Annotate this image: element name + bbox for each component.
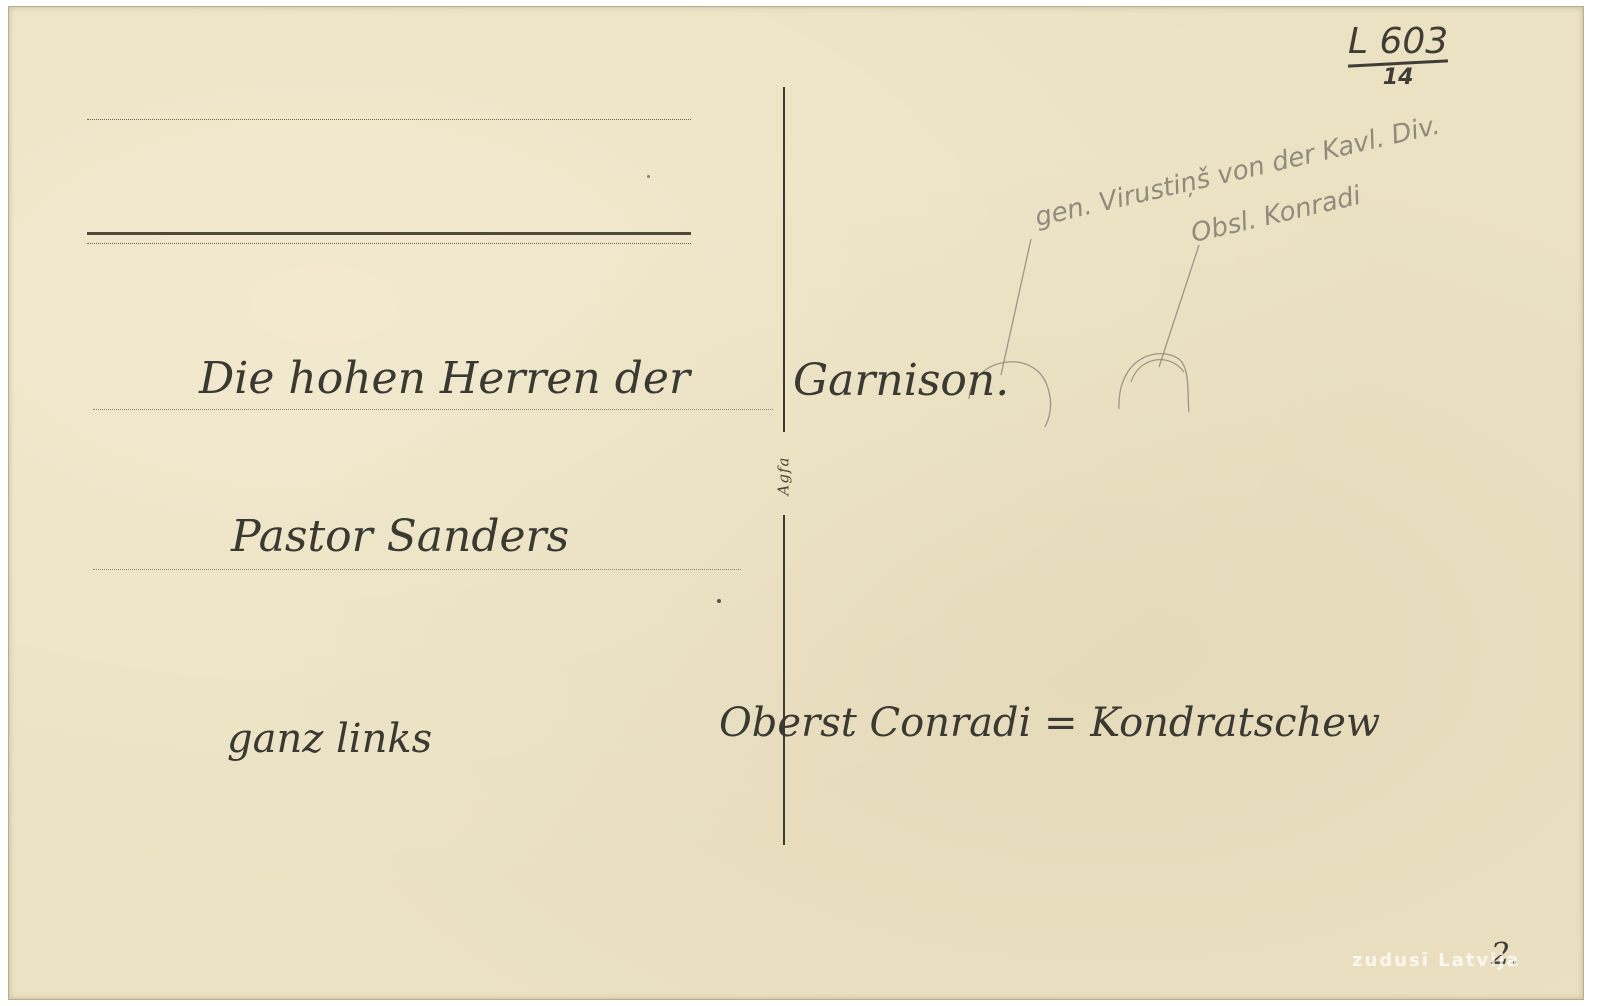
center-divider-upper <box>783 87 785 432</box>
handwriting-line3-left: ganz links <box>227 719 432 759</box>
address-line-1 <box>87 119 691 120</box>
catalog-number: L 603 14 <box>1334 21 1462 90</box>
center-divider-lower <box>783 515 785 845</box>
address-line-3 <box>87 243 691 244</box>
catalog-numerator: L 603 <box>1334 21 1462 62</box>
ink-speck <box>647 175 650 178</box>
postcard: Agfa L 603 14 gen. Virustiņš von der Kav… <box>8 6 1584 1000</box>
handwriting-line1-right: Garnison. <box>793 359 1009 403</box>
address-line-2 <box>87 232 691 235</box>
ink-speck <box>717 599 721 603</box>
watermark: zudusī Latvija <box>1352 950 1521 971</box>
handwriting-line2: Pastor Sanders <box>231 515 569 559</box>
handwriting-line3-right: Oberst Conradi = Kondratschew <box>719 703 1380 743</box>
agfa-printed-logo: Agfa <box>774 457 792 496</box>
writing-rule-1 <box>93 409 773 410</box>
writing-rule-2 <box>93 569 741 570</box>
catalog-denominator: 14 <box>1334 65 1462 90</box>
handwriting-line1-left: Die hohen Herren der <box>199 357 690 401</box>
